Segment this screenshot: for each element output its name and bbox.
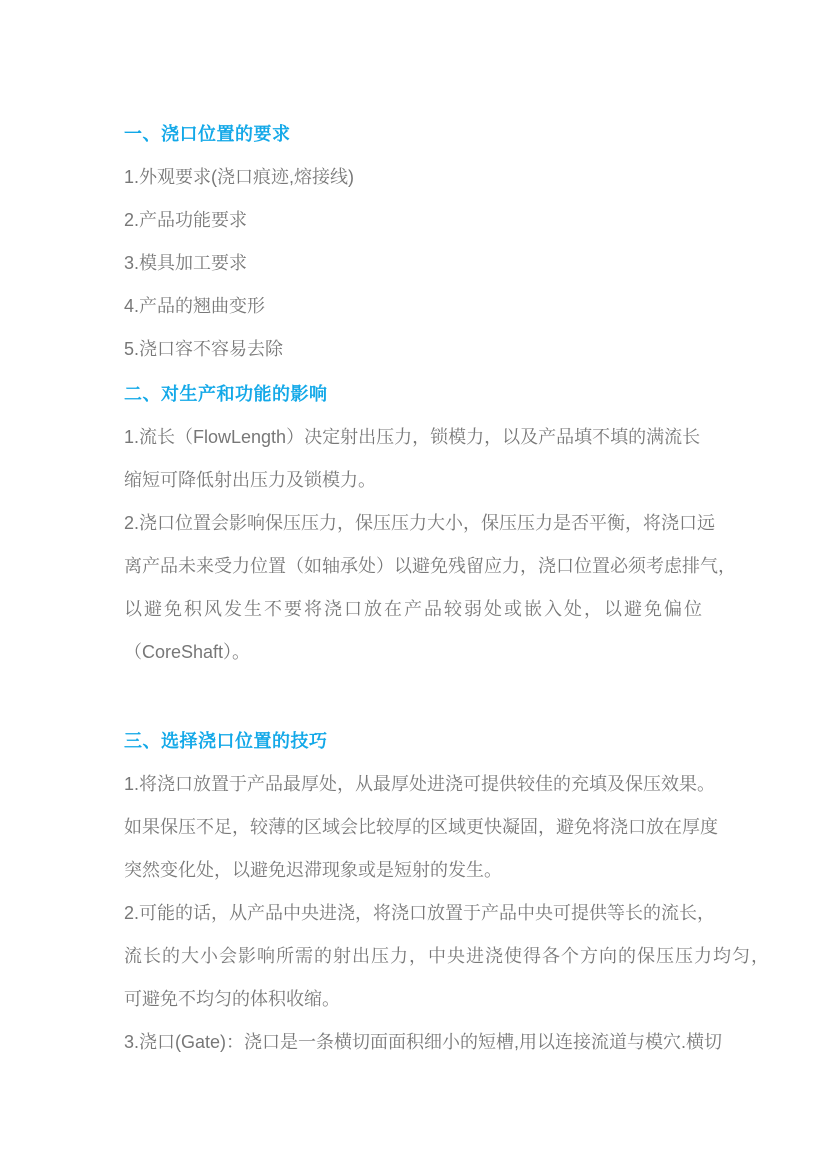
section-heading: 一、浇口位置的要求	[124, 113, 724, 156]
body-line: 3.模具加工要求	[124, 242, 724, 285]
body-line: （CoreShaft）。	[124, 631, 724, 674]
body-line: 可避免不均匀的体积收缩。	[124, 978, 724, 1021]
section-gate-position-tips: 三、选择浇口位置的技巧 1.将浇口放置于产品最厚处，从最厚处进浇可提供较佳的充填…	[124, 720, 724, 1064]
body-line: 2.可能的话，从产品中央进浇，将浇口放置于产品中央可提供等长的流长，	[124, 892, 724, 935]
body-line: 流长的大小会影响所需的射出压力，中央进浇使得各个方向的保压压力均匀，	[124, 935, 724, 978]
body-line: 2.产品功能要求	[124, 199, 724, 242]
body-line: 突然变化处，以避免迟滞现象或是短射的发生。	[124, 849, 724, 892]
body-line: 5.浇口容不容易去除	[124, 328, 724, 371]
body-line: 1.流长（FlowLength）决定射出压力，锁模力，以及产品填不填的满流长	[124, 416, 724, 459]
body-line: 缩短可降低射出压力及锁模力。	[124, 459, 724, 502]
document-page: 一、浇口位置的要求 1.外观要求(浇口痕迹,熔接线) 2.产品功能要求 3.模具…	[0, 0, 826, 1169]
body-line: 2.浇口位置会影响保压压力，保压压力大小，保压压力是否平衡，将浇口远	[124, 502, 724, 545]
body-line: 离产品未来受力位置（如轴承处）以避免残留应力，浇口位置必须考虑排气，	[124, 545, 724, 588]
section-production-function-impact: 二、对生产和功能的影响 1.流长（FlowLength）决定射出压力，锁模力，以…	[124, 373, 724, 674]
body-line: 1.将浇口放置于产品最厚处，从最厚处进浇可提供较佳的充填及保压效果。	[124, 763, 724, 806]
body-line: 4.产品的翘曲变形	[124, 285, 724, 328]
body-line: 1.外观要求(浇口痕迹,熔接线)	[124, 156, 724, 199]
body-line: 以避免积风发生不要将浇口放在产品较弱处或嵌入处，以避免偏位	[124, 588, 724, 631]
document-content: 一、浇口位置的要求 1.外观要求(浇口痕迹,熔接线) 2.产品功能要求 3.模具…	[124, 113, 724, 1064]
section-heading: 二、对生产和功能的影响	[124, 373, 724, 416]
section-heading: 三、选择浇口位置的技巧	[124, 720, 724, 763]
body-line: 如果保压不足，较薄的区域会比较厚的区域更快凝固，避免将浇口放在厚度	[124, 806, 724, 849]
body-line: 3.浇口(Gate)：浇口是一条横切面面积细小的短槽,用以连接流道与模穴.横切	[124, 1021, 724, 1064]
section-gate-position-requirements: 一、浇口位置的要求 1.外观要求(浇口痕迹,熔接线) 2.产品功能要求 3.模具…	[124, 113, 724, 371]
